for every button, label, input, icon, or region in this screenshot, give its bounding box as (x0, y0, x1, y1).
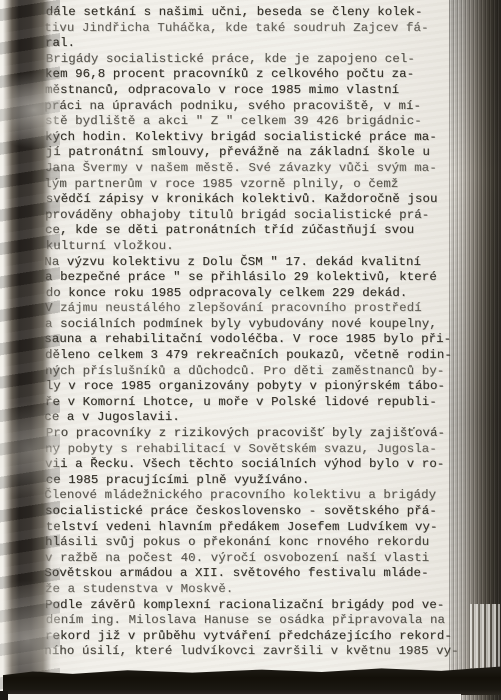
text-line: ce, kde se děti patronátních tříd zúčast… (45, 223, 459, 239)
text-line: lým partnerům v roce 1985 vzorně plnily,… (44, 177, 458, 193)
text-line: v ražbě na počest 40. výročí osvobození … (45, 551, 459, 567)
bottom-left-corner-mark (0, 691, 8, 700)
text-line: do konce roku 1985 odpracovaly celkem 22… (46, 286, 460, 302)
text-line: telství vedeni hlavním předákem Josefem … (46, 520, 460, 536)
text-line: socialistické práce československo - sov… (45, 504, 459, 520)
text-line: Sovětskou armádou a XII. světového festi… (44, 566, 458, 582)
text-line: jí patronátní smlouvy, převážně na zákla… (46, 145, 460, 161)
text-line: městnanců, odpracovalo v roce 1985 mimo … (45, 83, 459, 99)
text-line: ral. (45, 36, 459, 52)
text-line: V zájmu neustálého zlepšování pracovního… (45, 301, 459, 317)
text-line: Brigády socialistické práce, kde je zapo… (46, 52, 460, 68)
text-line: Na výzvu kolektivu z Dolu ČSM " 17. deká… (44, 255, 458, 271)
text-line: že a studenstva v Moskvě. (45, 582, 459, 598)
text-line: tivu Jindřicha Tuháčka, kde také soudruh… (44, 21, 458, 37)
text-line: Jana Švermy v našem městě. Své závazky v… (45, 161, 459, 177)
text-line: ního úsilí, které ludvíkovci završili v … (44, 644, 458, 660)
bottom-scan-bar (3, 664, 501, 695)
text-line: kem 96,8 procent pracovníků z celkového … (45, 67, 459, 83)
text-line: ných příslušníků a důchodců. Pro děti za… (45, 364, 459, 380)
text-line: dením ing. Miloslava Hanuse se osádka př… (46, 613, 460, 629)
text-line: stě bydliště a akci " Z " celkem 39 426 … (45, 114, 459, 130)
text-line: děleno celkem 3 479 rekreačních poukazů,… (45, 348, 459, 364)
text-line: svědčí zápisy v kronikách kolektivů. Kaž… (46, 192, 460, 208)
text-line: ly v roce 1985 organizovány pobyty v pio… (46, 379, 460, 395)
text-line: vii a Řecku. Všech těchto sociálních výh… (45, 457, 459, 473)
text-line: ce a v Jugoslavii. (44, 410, 458, 426)
text-line: hlásili svůj pokus o překonání konc rnov… (45, 535, 459, 551)
text-line: rekord již v průběhu vytváření předcháze… (45, 629, 459, 645)
text-block: dále setkání s našimi učni, beseda se čl… (45, 5, 459, 660)
text-line: Pro pracovníky z rizikových pracovišť by… (46, 426, 460, 442)
text-line: kulturní vložkou. (46, 239, 460, 255)
text-line: a sociálních podmínek byly vybudovány no… (45, 317, 459, 333)
page-edge-stripes (470, 604, 500, 668)
scanned-page: dále setkání s našimi učni, beseda se čl… (0, 0, 501, 700)
text-line: sauna a rehabilitační vodoléčba. V roce … (44, 332, 458, 348)
text-line: Podle závěrů komplexní racionalizační br… (45, 598, 459, 614)
bottom-white-strip (0, 694, 461, 700)
text-line: ce 1985 pracujícími plně využíváno. (46, 473, 460, 489)
text-line: prováděny obhajoby titulů brigád sociali… (45, 208, 459, 224)
text-line: práci na úpravách podniku, svého pracovi… (44, 99, 458, 115)
text-line: dále setkání s našimi učni, beseda se čl… (46, 5, 460, 21)
text-line: Členové mládežnického pracovního kolekti… (44, 488, 458, 504)
text-line: a bezpečné práce " se přihlásilo 29 kole… (45, 270, 459, 286)
text-line: ře v Komorní Lhotce, u moře v Polské lid… (45, 395, 459, 411)
text-line: ny pobyty s rehabilitací v Sovětském sva… (45, 442, 459, 458)
text-line: kých hodin. Kolektivy brigád socialistic… (45, 130, 459, 146)
